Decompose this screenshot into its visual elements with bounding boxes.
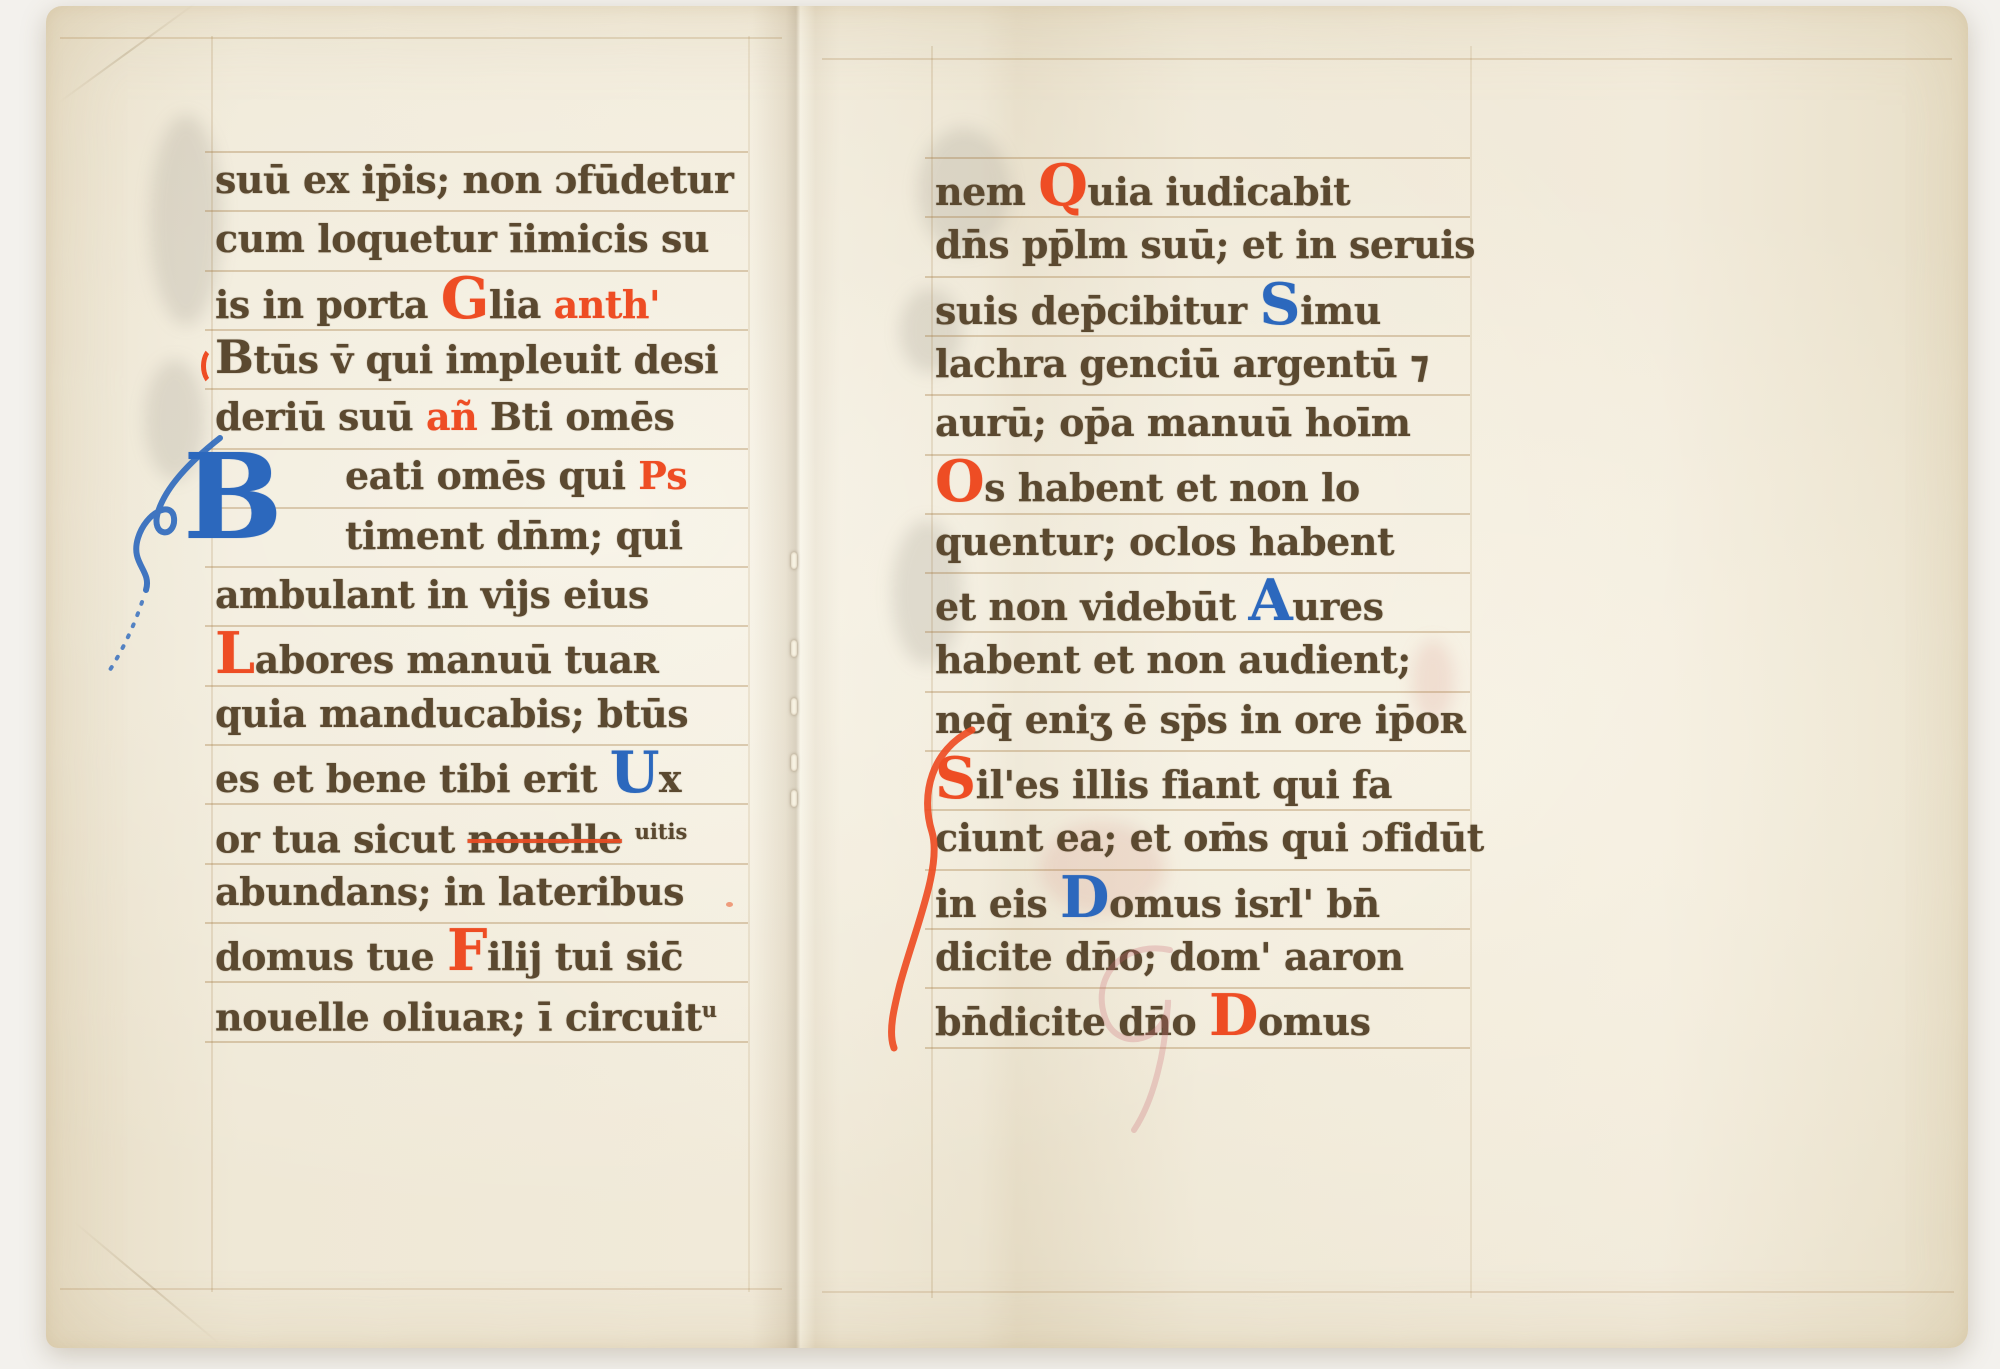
manuscript-line: cum loquetur īimicis su xyxy=(215,209,733,268)
manuscript-line: aurū; op̄a manuū hoīm xyxy=(935,393,1484,452)
text-segment: nem xyxy=(935,169,1038,214)
manuscript-line: ambulant in vijs eius xyxy=(215,565,733,624)
text-segment: aurū; op̄a manuū hoīm xyxy=(935,400,1410,445)
ruling-line xyxy=(205,1041,748,1043)
rubric-segment: Ps xyxy=(638,453,687,498)
illuminated-initial: D xyxy=(1060,864,1109,931)
manuscript-line: habent et non audient; xyxy=(935,630,1484,689)
text-segment: cum loquetur īimicis su xyxy=(215,216,709,261)
illuminated-initial: O xyxy=(935,448,984,515)
illuminated-initial: D xyxy=(1209,982,1258,1049)
text-segment: ambulant in vijs eius xyxy=(215,572,649,617)
manuscript-line: Os habent et non lo xyxy=(935,452,1484,511)
text-segment: neq̄ eniʒ ē sp̄s in ore ip̄oʀ xyxy=(935,697,1465,742)
text-segment xyxy=(622,817,635,862)
left-page-text: suū ex ip̄is; non ɔfūdeturcum loquetur ī… xyxy=(215,150,733,1039)
manuscript-line: ciunt ea; et om̄s qui ɔfidūt xyxy=(935,808,1484,867)
binding-stitch xyxy=(791,754,797,771)
rubric-segment: anth' xyxy=(554,282,661,327)
binding-stitch xyxy=(791,552,797,569)
text-segment: es et bene tibi erit xyxy=(215,756,610,801)
offset-mark-pink xyxy=(1050,930,1210,1140)
text-segment: tūs v̄ qui impleuit desi xyxy=(253,337,718,382)
manuscript-line: domus tue Filij tui sic̄ xyxy=(215,921,733,980)
text-segment: uia iudicabit xyxy=(1087,169,1350,214)
manuscript-line: Btūs v̄ qui impleuit desi xyxy=(215,328,733,387)
manuscript-line: or tua sicut nouelle uitis xyxy=(215,802,733,861)
binding-stitch xyxy=(791,698,797,715)
illuminated-initial: F xyxy=(447,917,487,984)
ruling-line xyxy=(60,37,782,39)
text-segment: nouelle oliuaʀ; ī circuit xyxy=(215,995,702,1040)
text-segment: suis dep̄cibitur xyxy=(935,288,1259,333)
manuscript-line: dn̄s pp̄lm suū; et in seruis xyxy=(935,215,1484,274)
manuscript-line: suū ex ip̄is; non ɔfūdetur xyxy=(215,150,733,209)
manuscript-line: et non videbūt Aures xyxy=(935,571,1484,630)
interlinear-correction: u xyxy=(702,997,717,1022)
manuscript-line: is in porta Glia anth' xyxy=(215,269,733,328)
text-segment: habent et non audient; xyxy=(935,637,1411,682)
expunged-word: nouelle xyxy=(468,817,622,862)
manuscript-line: Sil'es illis fiant qui fa xyxy=(935,749,1484,808)
manuscript-line: timent dn̄m; qui xyxy=(215,506,733,565)
text-segment: dn̄s pp̄lm suū; et in seruis xyxy=(935,222,1475,267)
text-segment: eati omēs qui xyxy=(345,453,638,498)
text-segment: omus isrl' bn̄ xyxy=(1109,881,1380,926)
initial-b-flourish-blue xyxy=(82,420,232,700)
ruling-line xyxy=(748,36,750,1292)
binding-stitch xyxy=(791,790,797,807)
illuminated-initial: S xyxy=(1259,271,1300,338)
rubric-segment: añ xyxy=(426,394,477,439)
ruling-line xyxy=(931,46,933,1298)
text-segment: abundans; in lateribus xyxy=(215,869,684,914)
illuminated-initial: A xyxy=(1249,567,1293,634)
versal-initial: B xyxy=(215,330,253,384)
text-segment: ures xyxy=(1292,584,1383,629)
text-segment: suū ex ip̄is; non ɔfūdetur xyxy=(215,157,733,202)
text-segment: omus xyxy=(1258,999,1371,1044)
manuscript-line: nouelle oliuaʀ; ī circuitu xyxy=(215,980,733,1039)
center-fold xyxy=(752,6,840,1348)
manuscript-line: neq̄ eniʒ ē sp̄s in ore ip̄oʀ xyxy=(935,690,1484,749)
text-segment: il'es illis fiant qui fa xyxy=(976,762,1392,807)
text-segment: abores manuū tuaʀ xyxy=(255,637,659,682)
text-segment: or tua sicut xyxy=(215,817,468,862)
ruling-line xyxy=(822,58,1952,60)
text-segment: ilij tui sic̄ xyxy=(487,934,683,979)
illuminated-initial: Q xyxy=(1038,152,1087,219)
text-segment: quia manducabis; btūs xyxy=(215,691,688,736)
ruling-line xyxy=(60,1288,782,1290)
manuscript-photo: suū ex ip̄is; non ɔfūdeturcum loquetur ī… xyxy=(0,0,2000,1369)
text-segment: imu xyxy=(1300,288,1381,333)
right-page-text: nem Quia iudicabitdn̄s pp̄lm suū; et in … xyxy=(935,156,1484,1045)
manuscript-line: nem Quia iudicabit xyxy=(935,156,1484,215)
ruling-line xyxy=(822,1291,1954,1293)
text-segment: ciunt ea; et om̄s qui ɔfidūt xyxy=(935,815,1484,860)
initial-s-tail-red xyxy=(880,716,990,1056)
illuminated-initial: G xyxy=(441,265,489,332)
manuscript-line: Labores manuū tuaʀ xyxy=(215,624,733,683)
manuscript-line: deriū suū añ Bti omēs xyxy=(215,387,733,446)
manuscript-line: lachra genciū argentū ⁊ xyxy=(935,334,1484,393)
interlinear-correction: uitis xyxy=(635,819,688,844)
manuscript-line: quentur; oclos habent xyxy=(935,512,1484,571)
manuscript-line: quia manducabis; btūs xyxy=(215,684,733,743)
manuscript-line: in eis Domus isrl' bn̄ xyxy=(935,868,1484,927)
text-segment: x xyxy=(659,756,681,801)
manuscript-line: abundans; in lateribus xyxy=(215,862,733,921)
text-segment: timent dn̄m; qui xyxy=(345,513,683,558)
manuscript-line: es et bene tibi erit Ux xyxy=(215,743,733,802)
text-segment: s habent et non lo xyxy=(984,465,1360,510)
manuscript-line: suis dep̄cibitur Simu xyxy=(935,275,1484,334)
illuminated-initial: U xyxy=(610,739,659,806)
binding-stitch xyxy=(791,640,797,657)
text-segment: is in porta xyxy=(215,282,441,327)
text-segment: domus tue xyxy=(215,934,447,979)
text-segment: lachra genciū argentū ⁊ xyxy=(935,341,1429,386)
text-segment: et non videbūt xyxy=(935,584,1249,629)
text-segment: lia xyxy=(489,282,554,327)
text-segment: quentur; oclos habent xyxy=(935,519,1394,564)
text-segment: Bti omēs xyxy=(477,394,674,439)
manuscript-line: Beati omēs qui Ps xyxy=(215,446,733,505)
